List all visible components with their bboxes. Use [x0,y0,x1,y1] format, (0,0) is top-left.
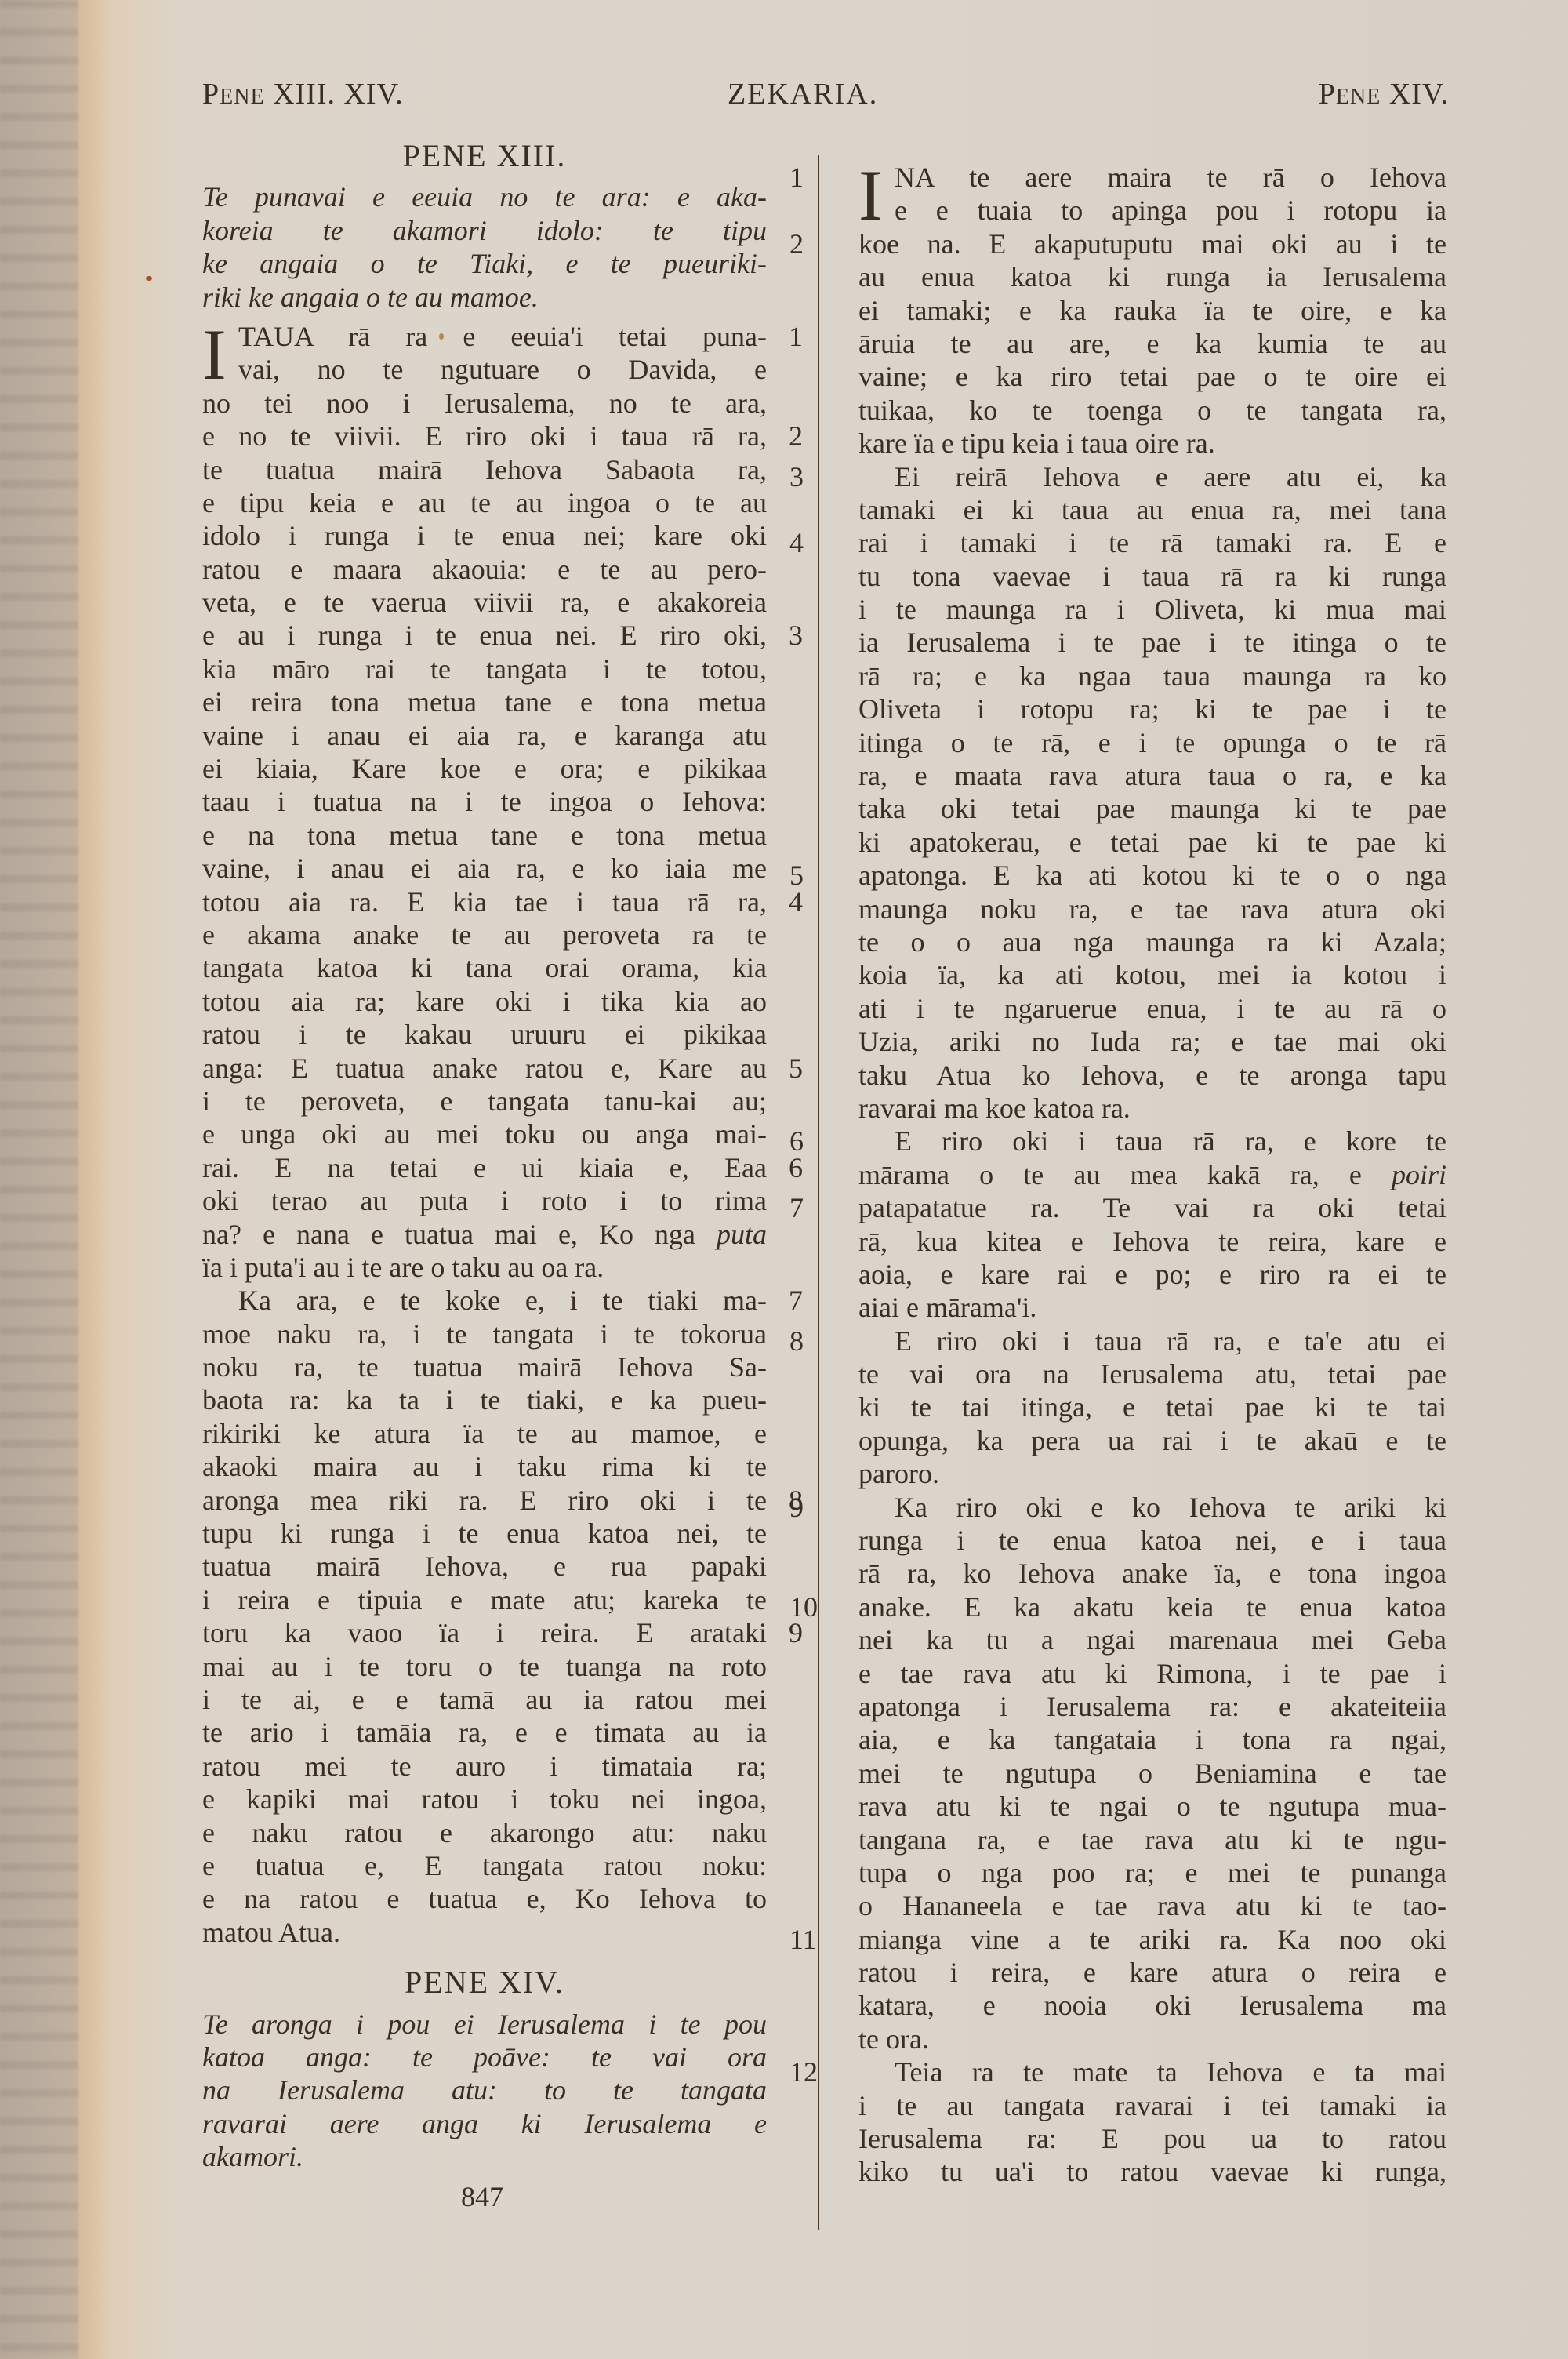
text-line: Ei reirā Iehova e aere atu ei, ka3 [858,460,1446,493]
text-line: runga i te enua katoa nei, e i taua [858,1524,1446,1557]
verse-number: 1 [789,320,803,353]
text-line: mārama o te au mea kakā ra, e poiri [858,1158,1446,1191]
text-line: ratou e maara akaouia: e te au pero- [202,553,767,586]
text-line: aiai e mārama'i. [858,1291,1446,1324]
left-column: PENE XIII. Te punavai e eeuia no te ara:… [202,133,767,2173]
text-line: te vai ora na Ierusalema atu, tetai pae [858,1358,1446,1390]
text-line: e na ratou e tuatua e, Ko Iehova to [202,1882,767,1915]
line-text: e tae rava atu ki Rimona, i te pae i [858,1658,1446,1689]
text-line: totou aia ra. E kia tae i taua rā ra,4 [202,885,767,918]
line-text: rava atu ki te ngai o te ngutupa mua- [858,1790,1446,1822]
italic-word: poiri [1392,1159,1446,1190]
text-line: āruia te au are, e ka kumia te au [858,327,1446,360]
text-line: te ario i tamāia ra, e e timata au ia [202,1716,767,1749]
line-text: e tipu keia e au te au ingoa o te au [202,487,767,518]
text-line: vai, no te ngutuare o Davida, e [202,353,767,386]
running-head-book-title: ZEKARIA. [728,77,878,111]
text-line: rā ra, ko Iehova anake ïa, e tona ingoa [858,1557,1446,1590]
verse-number: 2 [789,227,837,260]
text-line: rā ra; e ka ngaa taua maunga ra ko [858,660,1446,692]
text-line: baota ra: ka ta i te tiaki, e ka pueu- [202,1383,767,1416]
line-text: Teia ra te mate ta Iehova e ta mai [895,2056,1446,2088]
line-text: Ka ara, e te koke e, i te tiaki ma- [238,1285,767,1316]
line-text: taku Atua ko Iehova, e te aronga tapu [858,1060,1446,1091]
line-text: vaine, i anau ei aia ra, e ko iaia me [202,852,767,884]
text-line: rā, kua kitea e Iehova te reira, kare e [858,1225,1446,1258]
page-number: 847 [461,2180,503,2213]
line-text: ati i te ngaruerue enua, i te au rā o [858,993,1446,1024]
line-text: oki terao au puta i roto i to rima [202,1185,767,1216]
text-line: vaine; e ka riro tetai pae o te oire ei [858,360,1446,393]
text-line: i te au tangata ravarai i tei tamaki ia [858,2089,1446,2122]
summary-line: akamori. [221,2140,767,2173]
book-page: PENE XIII. XIV. ZEKARIA. PENE XIV. PENE … [0,0,1568,2359]
line-text: i te au tangata ravarai i tei tamaki ia [858,2090,1446,2121]
line-text: rikiriki ke atura ïa te au mamoe, e [202,1418,767,1449]
text-line: ei reira tona metua tane e tona metua [202,685,767,718]
text-line: koe na. E akaputuputu mai oki au i te2 [858,227,1446,260]
line-text: kare ïa e tipu keia i taua oire ra. [858,427,1215,459]
text-line: ravarai ma koe katoa ra. [858,1092,1446,1125]
summary-line: ravarai aere anga ki Ierusalema e [221,2107,767,2140]
text-line: ki te tai itinga, e tetai pae ki te tai [858,1390,1446,1423]
line-text: e e tuaia to apinga pou i rotopu ia [895,194,1446,226]
chapter-13-text: ITAUA rā ra e eeuia'i tetai puna-1vai, n… [202,320,767,1949]
line-text: tupu ki runga i te enua katoa nei, te [202,1518,767,1549]
text-line: rikiriki ke atura ïa te au mamoe, e [202,1417,767,1450]
text-line: au enua katoa ki runga ia Ierusalema [858,260,1446,293]
line-text: te vai ora na Ierusalema atu, tetai pae [858,1358,1446,1390]
text-line: ra, e maata rava atura taua o ra, e ka [858,759,1446,792]
line-text: apatonga i Ierusalema ra: e akateiteiia [858,1691,1446,1722]
line-text: no tei noo i Ierusalema, no te ara, [202,387,767,419]
line-text: tu tona vaevae i taua rā ra ki runga [858,561,1446,592]
line-text: i te maunga ra i Oliveta, ki mua mai [858,594,1446,625]
text-line: e au i runga i te enua nei. E riro oki,3 [202,619,767,652]
line-text: e au i runga i te enua nei. E riro oki, [202,620,767,651]
paper-stain [146,276,152,281]
line-text: aronga mea riki ra. E riro oki i te [202,1485,767,1516]
line-text: koia ïa, ka ati kotou, mei ia kotou i [858,959,1446,990]
line-text: te ora. [858,2023,929,2055]
summary-line: koreia te akamori idolo: te tipu [221,214,767,247]
text-line: tuatua mairā Iehova, e rua papaki [202,1550,767,1583]
chapter-heading-13: PENE XIII. [202,140,767,173]
text-line: e akama anake te au peroveta ra te [202,918,767,951]
verse-number: 4 [789,526,837,559]
line-text: moe naku ra, i te tangata i te tokorua [202,1318,767,1350]
text-line: e unga oki au mei toku ou anga mai- [202,1118,767,1150]
text-line: ratou i te kakau uruuru ei pikikaa [202,1018,767,1051]
verse-number: 6 [789,1125,837,1158]
line-text: toru ka vaoo ïa i reira. E arataki [202,1617,767,1648]
line-text: apatonga. E ka ati kotou ki te o o nga [858,860,1446,891]
line-text: mai au i te toru o te tuanga na roto [202,1651,767,1682]
text-line: apatonga i Ierusalema ra: e akateiteiia [858,1690,1446,1723]
line-text: ïa i puta'i au i te are o taku au oa ra. [202,1252,604,1283]
text-line: mai au i te toru o te tuanga na roto [202,1650,767,1683]
verse-number: 1 [789,161,837,194]
text-line: vaine i anau ei aia ra, e karanga atu [202,719,767,752]
text-line: taau i tuatua na i te ingoa o Iehova: [202,785,767,818]
line-text: E riro oki i taua rā ra, e kore te [895,1125,1446,1157]
verse-number: 10 [789,1590,837,1623]
line-text: runga i te enua katoa nei, e i taua [858,1525,1446,1556]
line-text: totou aia ra; kare oki i tika kia ao [202,986,767,1017]
line-text: mianga vine a te ariki ra. Ka noo oki [858,1924,1446,1955]
line-text: rā, kua kitea e Iehova te reira, kare e [858,1226,1446,1257]
line-text: paroro. [858,1458,939,1489]
running-head: PENE XIII. XIV. ZEKARIA. PENE XIV. [202,77,1449,124]
line-text: taka oki tetai pae maunga ki te pae [858,793,1446,824]
line-text: Ka riro oki e ko Iehova te ariki ki [895,1492,1446,1523]
line-text: ratou i reira, e kare atura o reira e [858,1957,1446,1988]
chapter-14-text: INA te aere maira te rā o Iehova1e e tua… [858,161,1446,2189]
text-line: Oliveta i rotopu ra; ki te pae i te [858,692,1446,725]
line-text: i reira e tipuia e mate atu; kareka te [202,1584,767,1616]
line-text: āruia te au are, e ka kumia te au [858,328,1446,359]
line-text: i te ai, e e tamā au ia ratou mei [202,1684,767,1715]
text-line: no tei noo i Ierusalema, no te ara, [202,387,767,420]
text-line: e no te viivii. E riro oki i taua rā ra,… [202,420,767,453]
line-text: aiai e mārama'i. [858,1292,1036,1323]
verse-number: 7 [789,1191,837,1224]
line-text: totou aia ra. E kia tae i taua rā ra, [202,886,767,918]
line-text: aia, e ka tangataia i tona ra ngai, [858,1724,1446,1755]
text-line: NA te aere maira te rā o Iehova1 [858,161,1446,194]
previous-page-edge [0,0,78,2359]
line-text: E riro oki i taua rā ra, e ta'e atu ei [895,1325,1446,1357]
text-line: oki terao au puta i roto i to rima [202,1184,767,1217]
text-line: kare ïa e tipu keia i taua oire ra. [858,427,1446,460]
line-text: TAUA rā ra e eeuia'i tetai puna- [238,321,767,352]
line-text: akaoki maira au i taku rima ki te [202,1451,767,1482]
text-line: taka oki tetai pae maunga ki te pae [858,792,1446,825]
summary-line: katoa anga: te poāve: te vai ora [221,2041,767,2074]
text-line: koia ïa, ka ati kotou, mei ia kotou i [858,958,1446,991]
paper-stain [439,333,444,340]
text-line: na? e nana e tuatua mai e, Ko nga puta [202,1218,767,1251]
summary-line: riki ke angaia o te au mamoe. [221,281,767,314]
text-line: tamaki ei ki taua au enua ra, mei tana [858,493,1446,526]
line-text: rā ra, ko Iehova anake ïa, e tona ingoa [858,1558,1446,1589]
text-line: matou Atua. [202,1916,767,1949]
line-text: e tuatua e, E tangata ratou noku: [202,1850,767,1881]
line-text: tuatua mairā Iehova, e rua papaki [202,1550,767,1582]
line-text: kia māro rai te tangata i te totou, [202,653,767,685]
line-text: Uzia, ariki no Iuda ra; e tae mai oki [858,1026,1446,1057]
chapter-heading-14: PENE XIV. [202,1966,767,1999]
text-line: aia, e ka tangataia i tona ra ngai, [858,1723,1446,1756]
line-text: koe na. E akaputuputu mai oki au i te [858,228,1446,260]
line-text: e naku ratou e akarongo atu: naku [202,1817,767,1848]
summary-line: na Ierusalema atu: to te tangata [221,2074,767,2106]
line-text: baota ra: ka ta i te tiaki, e ka pueu- [202,1384,767,1416]
text-line: itinga o te rā, e i te opunga o te rā [858,726,1446,759]
text-line: ratou mei te auro i timataia ra; [202,1750,767,1783]
line-text: te o o aua nga maunga ra ki Azala; [858,926,1446,958]
text-line: i te ai, e e tamā au ia ratou mei [202,1683,767,1716]
text-line: Ierusalema ra: E pou ua to ratou [858,2122,1446,2155]
verse-number: 5 [789,1052,803,1085]
line-text: mārama o te au mea kakā ra, e [858,1159,1392,1190]
line-text: ratou i te kakau uruuru ei pikikaa [202,1019,767,1050]
line-text: opunga, ka pera ua rai i te akaū e te [858,1425,1446,1456]
text-line: tupa o nga poo ra; e mei te punanga [858,1856,1446,1889]
line-text: ratou e maara akaouia: e te au pero- [202,554,767,585]
line-text: o Hananeela e tae rava atu ki te tao- [858,1890,1446,1921]
line-text: noku ra, te tuatua mairā Iehova Sa- [202,1351,767,1383]
line-text: maunga noku ra, e tae rava atura oki [858,893,1446,925]
line-text: mei te ngutupa o Beniamina e tae [858,1757,1446,1789]
text-line: nei ka tu a ngai marenaua mei Geba [858,1623,1446,1656]
text-line: tu tona vaevae i taua rā ra ki runga [858,560,1446,593]
line-text: e akama anake te au peroveta ra te [202,919,767,951]
text-line: katara, e nooia oki Ierusalema ma [858,1989,1446,2022]
verse-number: 2 [789,420,803,453]
italic-word: puta [717,1219,767,1250]
line-text: ia Ierusalema i te pae i te itinga o te [858,627,1446,658]
text-line: idolo i runga i te enua nei; kare oki [202,519,767,552]
text-line: tupu ki runga i te enua katoa nei, te [202,1517,767,1550]
text-line: tangata katoa ki tana orai orama, kia [202,951,767,984]
line-text: tangata katoa ki tana orai orama, kia [202,952,767,983]
line-text: idolo i runga i te enua nei; kare oki [202,520,767,551]
line-text: ki apatokerau, e tetai pae ki te pae ki [858,827,1446,858]
summary-line: ke angaia o te Tiaki, e te pueuriki- [221,247,767,280]
text-line: kia māro rai te tangata i te totou, [202,652,767,685]
line-text: ra, e maata rava atura taua o ra, e ka [858,760,1446,791]
verse-number: 3 [789,619,803,652]
line-text: tuikaa, ko te toenga o te tangata ra, [858,394,1446,426]
text-line: veta, e te vaerua viivii ra, e akakoreia [202,586,767,619]
text-line: o Hananeela e tae rava atu ki te tao- [858,1889,1446,1922]
text-line: Teia ra te mate ta Iehova e ta mai12 [858,2055,1446,2088]
line-text: na? e nana e tuatua mai e, Ko nga [202,1219,717,1250]
line-text: vai, no te ngutuare o Davida, e [238,354,767,385]
right-column: INA te aere maira te rā o Iehova1e e tua… [858,161,1446,2189]
line-text: itinga o te rā, e i te opunga o te rā [858,727,1446,758]
text-line: e tipu keia e au te au ingoa o te au [202,486,767,519]
line-text: katara, e nooia oki Ierusalema ma [858,1990,1446,2021]
text-line: moe naku ra, i te tangata i te tokorua [202,1318,767,1350]
text-line: tuikaa, ko te toenga o te tangata ra, [858,394,1446,427]
text-line: akaoki maira au i taku rima ki te [202,1450,767,1483]
line-text: e kapiki mai ratou i toku nei ingoa, [202,1783,767,1815]
text-line: anga: E tuatua anake ratou e, Kare au5 [202,1052,767,1085]
verse-number: 3 [789,460,837,493]
text-line: e naku ratou e akarongo atu: naku [202,1816,767,1849]
text-line: i te peroveta, e tangata tanu-kai au; [202,1085,767,1118]
text-line: e kapiki mai ratou i toku nei ingoa, [202,1783,767,1816]
line-text: ratou mei te auro i timataia ra; [202,1750,767,1782]
running-head-right: PENE XIV. [1319,77,1449,111]
text-line: i reira e tipuia e mate atu; kareka te [202,1583,767,1616]
text-line: ati i te ngaruerue enua, i te au rā o [858,992,1446,1025]
text-line: kiko tu ua'i to ratou vaevae ki runga, [858,2155,1446,2188]
text-line: rai. E na tetai e ui kiaia e, Eaa6 [202,1151,767,1184]
verse-number: 5 [789,859,837,892]
text-line: tangana ra, e tae rava atu ki te ngu- [858,1823,1446,1856]
text-line: Ka ara, e te koke e, i te tiaki ma-7 [202,1284,767,1317]
line-text: tamaki ei ki taua au enua ra, mei tana [858,494,1446,525]
text-line: vaine, i anau ei aia ra, e ko iaia me [202,852,767,885]
text-line: te o o aua nga maunga ra ki Azala; [858,925,1446,958]
text-line: ei tamaki; e ka rauka ïa te oire, e ka [858,294,1446,327]
text-line: rava atu ki te ngai o te ngutupa mua- [858,1790,1446,1823]
text-line: maunga noku ra, e tae rava atura oki [858,892,1446,925]
line-text: e na tona metua tane e tona metua [202,820,767,851]
line-text: tangana ra, e tae rava atu ki te ngu- [858,1824,1446,1856]
text-line: rai i tamaki i te rā tamaki ra. E e4 [858,526,1446,559]
text-line: Ka riro oki e ko Iehova te ariki ki9 [858,1491,1446,1524]
line-text: e na ratou e tuatua e, Ko Iehova to [202,1883,767,1914]
verse-number: 9 [789,1491,837,1524]
line-text: ei kiaia, Kare koe e ora; e pikikaa [202,753,767,784]
text-line: e e tuaia to apinga pou i rotopu ia [858,194,1446,227]
summary-line: Te punavai e eeuia no te ara: e aka- [221,180,767,213]
text-line: ki apatokerau, e tetai pae ki te pae ki [858,826,1446,859]
text-line: aoia, e kare rai e po; e riro ra ei te [858,1258,1446,1291]
line-text: rai i tamaki i te rā tamaki ra. E e [858,527,1446,558]
line-text: Oliveta i rotopu ra; ki te pae i te [858,693,1446,725]
line-text: ei reira tona metua tane e tona metua [202,686,767,718]
line-text: tupa o nga poo ra; e mei te punanga [858,1857,1446,1888]
text-line: ei kiaia, Kare koe e ora; e pikikaa [202,752,767,785]
running-head-left: PENE XIII. XIV. [202,77,404,111]
text-line: te ora. [858,2023,1446,2055]
line-text: ki te tai itinga, e tetai pae ki te tai [858,1391,1446,1423]
line-text: Ierusalema ra: E pou ua to ratou [858,2123,1446,2154]
line-text: aoia, e kare rai e po; e riro ra ei te [858,1259,1446,1290]
verse-number: 11 [789,1923,837,1956]
line-text: Ei reirā Iehova e aere atu ei, ka [895,461,1446,493]
text-line: ratou i reira, e kare atura o reira e [858,1956,1446,1989]
summary-line: Te aronga i pou ei Ierusalema i te pou [221,2008,767,2041]
text-line: mei te ngutupa o Beniamina e tae [858,1757,1446,1790]
line-text: e no te viivii. E riro oki i taua rā ra, [202,420,767,452]
text-line: i te maunga ra i Oliveta, ki mua mai [858,593,1446,626]
text-line: e na tona metua tane e tona metua [202,819,767,852]
line-text: vaine; e ka riro tetai pae o te oire ei [858,361,1446,392]
chapter-summary-13: Te punavai e eeuia no te ara: e aka-kore… [202,180,767,314]
verse-number: 7 [789,1284,803,1317]
line-text: kiko tu ua'i to ratou vaevae ki runga, [858,2156,1446,2187]
line-text: vaine i anau ei aia ra, e karanga atu [202,720,767,751]
line-text: veta, e te vaerua viivii ra, e akakoreia [202,587,767,618]
line-text: nei ka tu a ngai marenaua mei Geba [858,1624,1446,1656]
text-line: e tuatua e, E tangata ratou noku: [202,1849,767,1882]
text-line: noku ra, te tuatua mairā Iehova Sa- [202,1350,767,1383]
line-text: au enua katoa ki runga ia Ierusalema [858,261,1446,293]
text-line: E riro oki i taua rā ra, e kore te6 [858,1125,1446,1158]
line-text: te ario i tamāia ra, e e timata au ia [202,1717,767,1748]
text-line: te tuatua mairā Iehova Sabaota ra, [202,453,767,486]
text-line: ia Ierusalema i te pae i te itinga o te [858,626,1446,659]
text-line: E riro oki i taua rā ra, e ta'e atu ei8 [858,1325,1446,1358]
text-line: totou aia ra; kare oki i tika kia ao [202,985,767,1018]
verse-number: 12 [789,2055,837,2088]
line-text: ravarai ma koe katoa ra. [858,1092,1131,1124]
text-line: e tae rava atu ki Rimona, i te pae i [858,1657,1446,1690]
line-text: rā ra; e ka ngaa taua maunga ra ko [858,660,1446,692]
line-text: anake. E ka akatu keia te enua katoa [858,1591,1446,1623]
line-text: taau i tuatua na i te ingoa o Iehova: [202,786,767,817]
text-line: anake. E ka akatu keia te enua katoa10 [858,1590,1446,1623]
text-line: ïa i puta'i au i te are o taku au oa ra. [202,1251,767,1284]
line-text: e unga oki au mei toku ou anga mai- [202,1118,767,1150]
line-text: rai. E na tetai e ui kiaia e, Eaa [202,1152,767,1183]
text-line: TAUA rā ra e eeuia'i tetai puna-1 [202,320,767,353]
text-line: Uzia, ariki no Iuda ra; e tae mai oki [858,1025,1446,1058]
text-line: patapatatue ra. Te vai ra oki tetai7 [858,1191,1446,1224]
text-line: opunga, ka pera ua rai i te akaū e te [858,1424,1446,1457]
line-text: patapatatue ra. Te vai ra oki tetai [858,1192,1446,1223]
text-line: apatonga. E ka ati kotou ki te o o nga5 [858,859,1446,892]
text-line: taku Atua ko Iehova, e te aronga tapu [858,1059,1446,1092]
text-line: mianga vine a te ariki ra. Ka noo oki11 [858,1923,1446,1956]
line-text: i te peroveta, e tangata tanu-kai au; [202,1085,767,1117]
verse-number: 8 [789,1325,837,1358]
line-text: te tuatua mairā Iehova Sabaota ra, [202,454,767,485]
chapter-summary-14: Te aronga i pou ei Ierusalema i te pouka… [202,2008,767,2174]
line-text: ei tamaki; e ka rauka ïa te oire, e ka [858,295,1446,326]
line-text: NA te aere maira te rā o Iehova [895,162,1446,193]
line-text: anga: E tuatua anake ratou e, Kare au [202,1052,767,1084]
text-line: aronga mea riki ra. E riro oki i te8 [202,1484,767,1517]
text-line: paroro. [858,1457,1446,1490]
line-text: matou Atua. [202,1917,340,1948]
text-line: toru ka vaoo ïa i reira. E arataki9 [202,1616,767,1649]
